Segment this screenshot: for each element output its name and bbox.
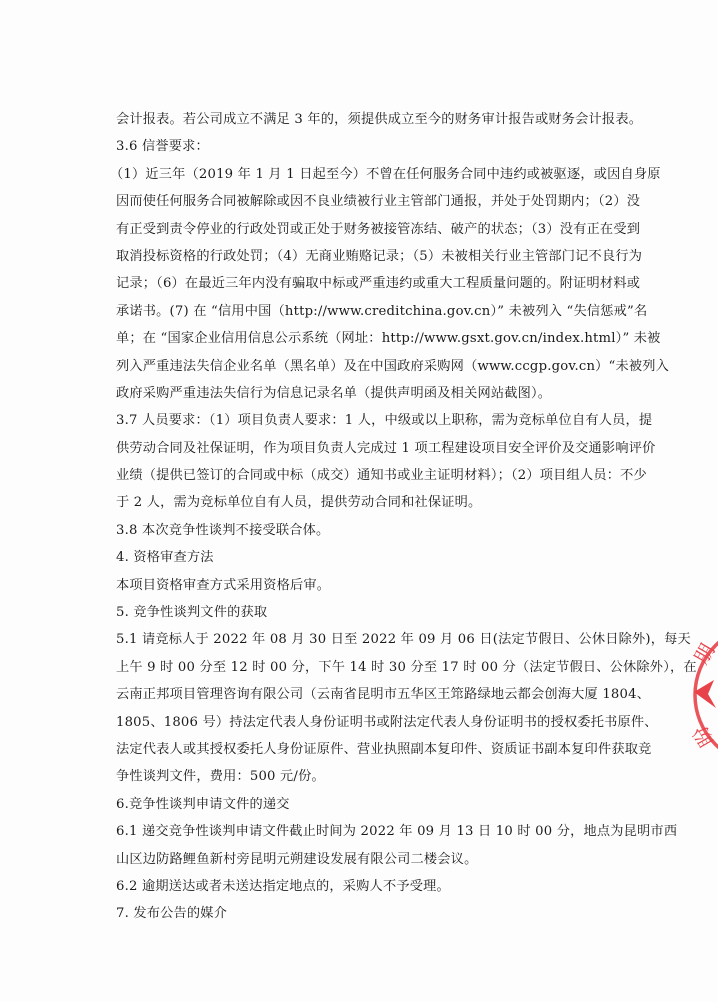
- section-heading-7: 7. 发布公告的媒介: [116, 900, 606, 927]
- text-line: 本项目资格审查方式采用资格后审。: [116, 572, 606, 599]
- text-line: 承诺书。(7) 在 “信用中国（http://www.creditchina.g…: [116, 298, 606, 325]
- text-line: 单；在 “国家企业信用信息公示系统（网址：http://www.gsxt.gov…: [116, 325, 606, 352]
- text-line: 法定代表人或其授权委托人身份证原件、营业执照副本复印件、资质证书副本复印件获取竞: [116, 736, 606, 763]
- section-heading-4: 4. 资格审查方法: [116, 544, 606, 571]
- official-seal-stamp: 朋 盼: [690, 620, 718, 770]
- text-line: 于 2 人，需为竞标单位自有人员，提供劳动合同和社保证明。: [116, 489, 606, 516]
- section-heading-6: 6.竞争性谈判申请文件的递交: [116, 791, 606, 818]
- text-line: 业绩（提供已签订的合同或中标（成交）通知书或业主证明材料）；（2）项目组人员：不…: [116, 462, 606, 489]
- text-line: 会计报表。若公司成立不满足 3 年的，须提供成立至今的财务审计报告或财务会计报表…: [116, 106, 606, 133]
- text-line: 取消投标资格的行政处罚；（4）无商业贿赂记录；（5）未被相关行业主管部门记不良行…: [116, 243, 606, 270]
- text-line: 政府采购严重违法失信行为信息记录名单（提供声明函及相关网站截图）。: [116, 380, 606, 407]
- text-line: （1）近三年（2019 年 1 月 1 日起至今）不曾在任何服务合同中违约或被驱…: [110, 161, 606, 188]
- text-line: 列入严重违法失信企业名单（黑名单）及在中国政府采购网（www.ccgp.gov.…: [116, 353, 606, 380]
- section-heading-3-7: 3.7 人员要求：（1）项目负责人要求：1 人，中级或以上职称，需为竞标单位自有…: [116, 407, 606, 434]
- text-line: 有正受到责令停业的行政处罚或正处于财务被接管冻结、破产的状态；（3）没有正在受到: [116, 216, 606, 243]
- text-line: 山区边防路鲤鱼新村旁昆明元朔建设发展有限公司二楼会议。: [116, 846, 606, 873]
- text-line: 争性谈判文件，费用：500 元/份。: [116, 763, 606, 790]
- text-line: 因而使任何服务合同被解除或因不良业绩被行业主管部门通报，并处于处罚期内；（2）没: [116, 188, 606, 215]
- text-line: 云南正邦项目管理咨询有限公司（云南省昆明市五华区王筇路绿地云都会创海大厦 180…: [116, 681, 606, 708]
- section-heading-3-8: 3.8 本次竞争性谈判不接受联合体。: [116, 517, 606, 544]
- text-line: 上午 9 时 00 分至 12 时 00 分，下午 14 时 30 分至 17 …: [116, 654, 606, 681]
- section-heading-3-6: 3.6 信誉要求：: [116, 133, 606, 160]
- text-line: 1805、1806 号）持法定代表人身份证明书或附法定代表人身份证明书的授权委托…: [116, 709, 606, 736]
- document-body: 会计报表。若公司成立不满足 3 年的，须提供成立至今的财务审计报告或财务会计报表…: [116, 106, 606, 928]
- text-line: 记录；（6）在最近三年内没有骗取中标或严重违约或重大工程质量问题的。附证明材料或: [116, 270, 606, 297]
- section-heading-5: 5. 竞争性谈判文件的获取: [116, 599, 606, 626]
- section-heading-6-2: 6.2 逾期送达或者未送达指定地点的，采购人不予受理。: [116, 873, 606, 900]
- section-heading-6-1: 6.1 递交竞争性谈判申请文件截止时间为 2022 年 09 月 13 日 10…: [116, 818, 606, 845]
- seal-icon: 朋 盼: [690, 620, 718, 770]
- text-line: 供劳动合同及社保证明，作为项目负责人完成过 1 项工程建设项目安全评价及交通影响…: [116, 435, 606, 462]
- svg-text:盼: 盼: [690, 722, 718, 751]
- section-heading-5-1: 5.1 请竞标人于 2022 年 08 月 30 日至 2022 年 09 月 …: [116, 626, 606, 653]
- document-page: 会计报表。若公司成立不满足 3 年的，须提供成立至今的财务审计报告或财务会计报表…: [0, 0, 718, 1002]
- svg-text:朋: 朋: [690, 639, 718, 668]
